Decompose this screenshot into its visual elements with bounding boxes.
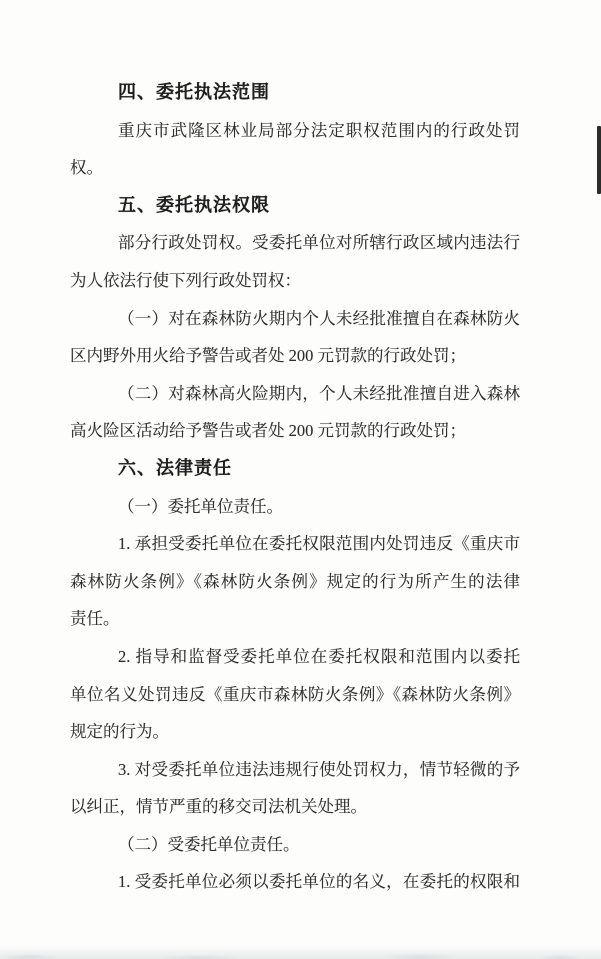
document-line: 部分行政处罚权。受委托单位对所辖行政区域内违法行: [70, 224, 520, 262]
document-line: （二）受委托单位责任。: [70, 826, 520, 864]
scanned-document-page: 四、委托执法范围重庆市武隆区林业局部分法定职权范围内的行政处罚权。五、委托执法权…: [0, 0, 601, 959]
document-line: 单位名义处罚违反《重庆市森林防火条例》《森林防火条例》: [70, 676, 520, 714]
document-line: 五、委托执法权限: [70, 187, 520, 225]
document-line: 1. 承担受委托单位在委托权限范围内处罚违反《重庆市: [70, 525, 520, 563]
document-line: 以纠正，情节严重的移交司法机关处理。: [70, 788, 520, 826]
document-line: 重庆市武隆区林业局部分法定职权范围内的行政处罚: [70, 112, 520, 150]
document-line: （一）委托单位责任。: [70, 488, 520, 526]
document-line: 2. 指导和监督受委托单位在委托权限和范围内以委托: [70, 638, 520, 676]
scan-artifact-right-edge: [597, 126, 601, 194]
document-line: 森林防火条例》《森林防火条例》规定的行为所产生的法律: [70, 563, 520, 601]
document-line: 高火险区活动给予警告或者处 200 元罚款的行政处罚；: [70, 412, 520, 450]
document-body: 四、委托执法范围重庆市武隆区林业局部分法定职权范围内的行政处罚权。五、委托执法权…: [70, 74, 520, 901]
document-line: （二）对森林高火险期内，个人未经批准擅自进入森林: [70, 375, 520, 413]
scan-artifact-bottom-edge: [0, 945, 601, 959]
document-line: 权。: [70, 149, 520, 187]
document-line: 区内野外用火给予警告或者处 200 元罚款的行政处罚；: [70, 337, 520, 375]
document-line: 3. 对受委托单位违法违规行使处罚权力，情节轻微的予: [70, 751, 520, 789]
document-line: 规定的行为。: [70, 713, 520, 751]
document-line: （一）对在森林防火期内个人未经批准擅自在森林防火: [70, 300, 520, 338]
document-line: 四、委托执法范围: [70, 74, 520, 112]
document-line: 六、法律责任: [70, 450, 520, 488]
document-line: 1. 受委托单位必须以委托单位的名义，在委托的权限和: [70, 863, 520, 901]
document-line: 责任。: [70, 600, 520, 638]
document-line: 为人依法行使下列行政处罚权：: [70, 262, 520, 300]
